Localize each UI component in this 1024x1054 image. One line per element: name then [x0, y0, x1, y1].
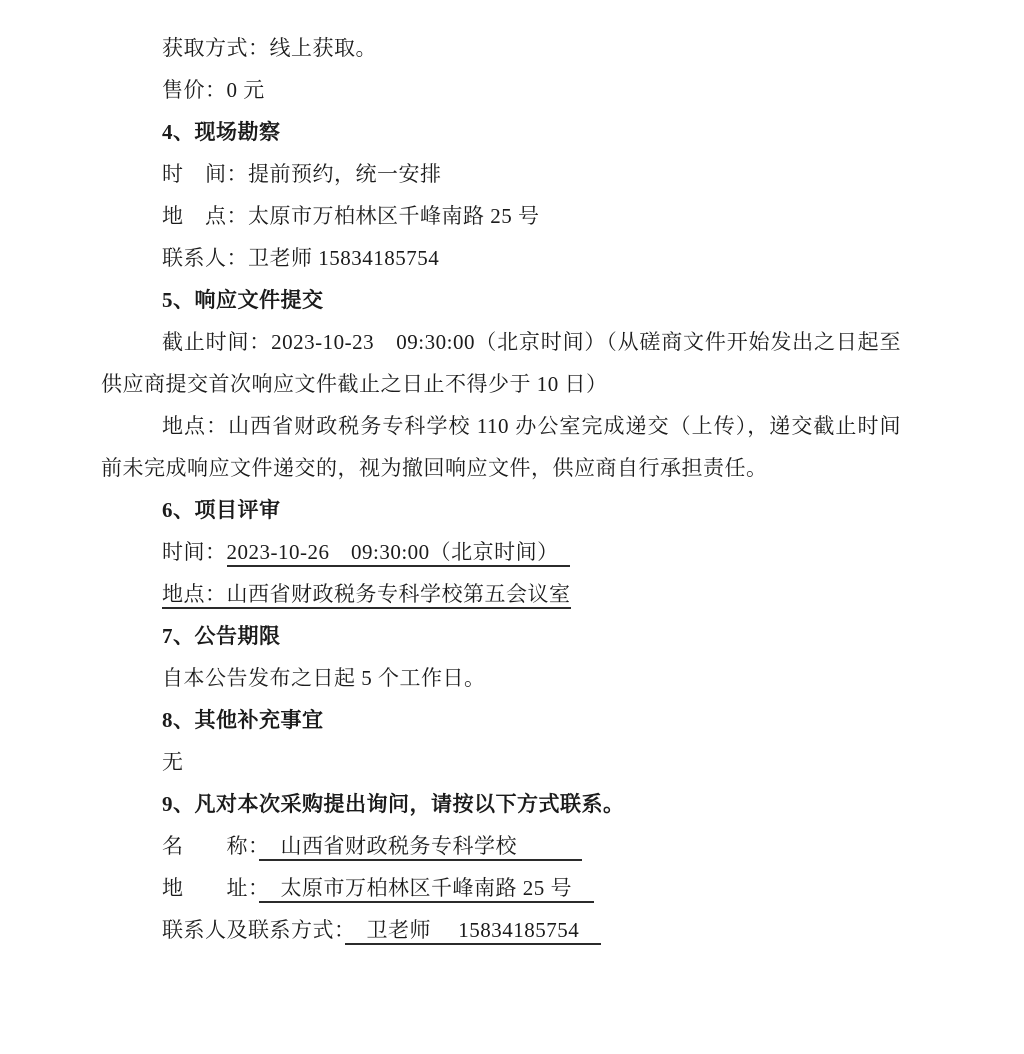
announcement-period-line: 自本公告发布之日起 5 个工作日。 — [101, 657, 901, 699]
contact-person-line: 联系人及联系方式： 卫老师 15834185754 — [101, 909, 901, 951]
contact-name-label: 名 称： — [162, 834, 259, 858]
section-4-heading: 4、现场勘察 — [101, 111, 901, 153]
site-survey-time-line: 时 间：提前预约，统一安排 — [101, 153, 901, 195]
contact-person-value: 卫老师 15834185754 — [345, 918, 601, 945]
site-survey-contact-line: 联系人：卫老师 15834185754 — [101, 237, 901, 279]
contact-address-label: 地 址： — [162, 876, 259, 900]
review-location-value: 地点：山西省财政税务专科学校第五会议室 — [162, 582, 571, 609]
contact-name-value: 山西省财政税务专科学校 — [259, 834, 582, 861]
section-7-heading: 7、公告期限 — [101, 615, 901, 657]
contact-name-line: 名 称： 山西省财政税务专科学校 — [101, 825, 901, 867]
submission-location-paragraph: 地点：山西省财政税务专科学校 110 办公室完成递交（上传），递交截止时间前未完… — [101, 405, 901, 489]
review-location-line: 地点：山西省财政税务专科学校第五会议室 — [101, 573, 901, 615]
section-8-heading: 8、其他补充事宜 — [101, 699, 901, 741]
contact-address-line: 地 址： 太原市万柏林区千峰南路 25 号 — [101, 867, 901, 909]
section-5-heading: 5、响应文件提交 — [101, 279, 901, 321]
price-line: 售价：0 元 — [101, 69, 901, 111]
document-page: 获取方式：线上获取。 售价：0 元 4、现场勘察 时 间：提前预约，统一安排 地… — [0, 0, 1024, 1054]
submission-deadline-paragraph: 截止时间：2023-10-23 09:30:00（北京时间）（从磋商文件开始发出… — [101, 321, 901, 405]
site-survey-location-line: 地 点：太原市万柏林区千峰南路 25 号 — [101, 195, 901, 237]
review-time-line: 时间：2023-10-26 09:30:00（北京时间） — [101, 531, 901, 573]
review-time-label: 时间： — [162, 540, 227, 564]
section-9-heading: 9、凡对本次采购提出询问，请按以下方式联系。 — [101, 783, 901, 825]
supplementary-none-line: 无 — [101, 741, 901, 783]
contact-person-label: 联系人及联系方式： — [162, 918, 345, 942]
review-time-value: 2023-10-26 09:30:00（北京时间） — [227, 540, 570, 567]
acquisition-method-line: 获取方式：线上获取。 — [101, 27, 901, 69]
section-6-heading: 6、项目评审 — [101, 489, 901, 531]
contact-address-value: 太原市万柏林区千峰南路 25 号 — [259, 876, 594, 903]
